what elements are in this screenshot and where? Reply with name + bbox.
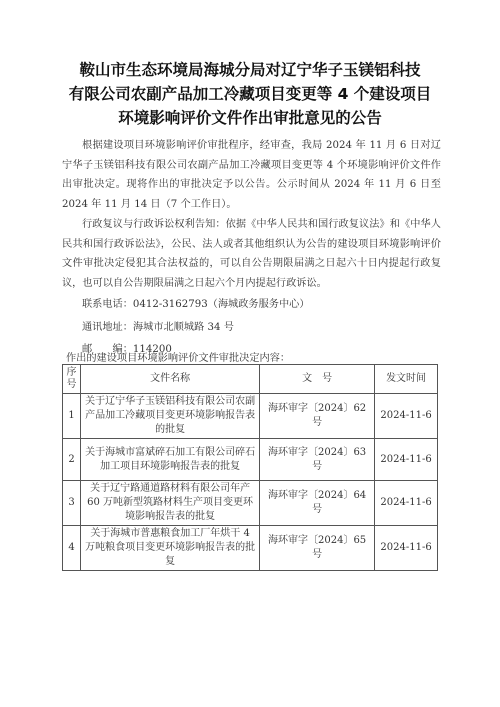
approval-decisions-table: 序号 文件名称 文 号 发文时间 1 关于辽宁华子玉镁铝科技有限公司农副产品加工… (62, 364, 438, 571)
table-row: 1 关于辽宁华子玉镁铝科技有限公司农副产品加工冷藏项目变更环境影响报告表的批复 … (63, 394, 438, 439)
header-serial-no: 序号 (63, 365, 81, 394)
row-issue-date: 2024-11-6 (375, 439, 438, 481)
row-serial-no: 2 (63, 439, 81, 481)
contact-phone: 联系电话：0412-3162793（海城政务服务中心） (62, 295, 441, 315)
row-serial-no: 4 (63, 526, 81, 571)
legal-rights-paragraph: 行政复议与行政诉讼权利告知：依据《中华人民共和国行政复议法》和《中华人民共和国行… (62, 215, 441, 293)
row-file-name: 关于辽宁华子玉镁铝科技有限公司农副产品加工冷藏项目变更环境影响报告表的批复 (81, 394, 260, 439)
row-issue-date: 2024-11-6 (375, 526, 438, 571)
title-line-3: 环境影响评价文件作出审批意见的公告 (0, 106, 500, 130)
row-file-name: 关于海城市富斌碎石加工有限公司碎石加工项目环境影响报告表的批复 (81, 439, 260, 481)
row-issue-date: 2024-11-6 (375, 394, 438, 439)
table-row: 2 关于海城市富斌碎石加工有限公司碎石加工项目环境影响报告表的批复 海环审字〔2… (63, 439, 438, 481)
row-doc-number: 海环审字〔2024〕65 号 (260, 526, 375, 571)
row-doc-number: 海环审字〔2024〕63 号 (260, 439, 375, 481)
row-file-name: 关于海城市普惠粮食加工厂年烘干 4 万吨粮食项目变更环境影响报告表的批复 (81, 526, 260, 571)
header-issue-date: 发文时间 (375, 365, 438, 394)
approval-paragraph: 根据建设项目环境影响评价审批程序，经审查，我局 2024 年 11 月 6 日对… (62, 136, 441, 214)
title-line-2: 有限公司农副产品加工冷藏项目变更等 4 个建设项目 (0, 82, 500, 106)
row-file-name: 关于辽宁路通道路材料有限公司年产 60 万吨新型筑路材料生产项目变更环境影响报告… (81, 481, 260, 526)
table-header-row: 序号 文件名称 文 号 发文时间 (63, 365, 438, 394)
row-issue-date: 2024-11-6 (375, 481, 438, 526)
row-doc-number: 海环审字〔2024〕64 号 (260, 481, 375, 526)
table-row: 3 关于辽宁路通道路材料有限公司年产 60 万吨新型筑路材料生产项目变更环境影响… (63, 481, 438, 526)
title-line-1: 鞍山市生态环境局海城分局对辽宁华子玉镁铝科技 (0, 58, 500, 82)
table-row: 4 关于海城市普惠粮食加工厂年烘干 4 万吨粮食项目变更环境影响报告表的批复 海… (63, 526, 438, 571)
header-doc-number: 文 号 (260, 365, 375, 394)
row-serial-no: 3 (63, 481, 81, 526)
row-doc-number: 海环审字〔2024〕62 号 (260, 394, 375, 439)
notice-body: 根据建设项目环境影响评价审批程序，经审查，我局 2024 年 11 月 6 日对… (76, 136, 441, 360)
contact-address: 通讯地址：海城市北顺城路 34 号 (62, 318, 441, 338)
document-title: 鞍山市生态环境局海城分局对辽宁华子玉镁铝科技 有限公司农副产品加工冷藏项目变更等… (0, 58, 500, 130)
table-intro: 作出的建设项目环境影响评价文件审批决定内容： (66, 349, 290, 364)
header-file-name: 文件名称 (81, 365, 260, 394)
row-serial-no: 1 (63, 394, 81, 439)
